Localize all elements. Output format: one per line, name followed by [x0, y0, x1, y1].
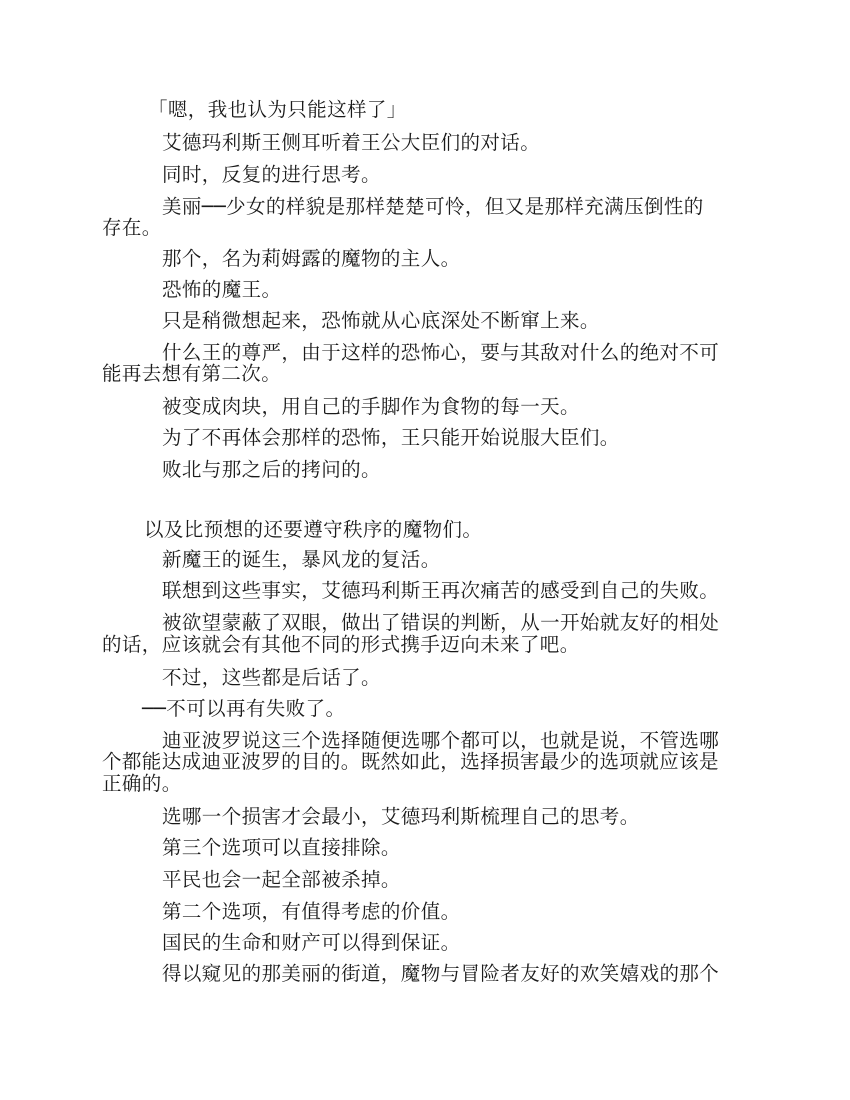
text-line: 个都能达成迪亚波罗的目的。既然如此，选择损害最少的选项就应该是	[102, 751, 719, 773]
text-line: 以及比预想的还要遵守秩序的魔物们。	[144, 519, 482, 541]
text-line: 恐怖的魔王。	[162, 279, 281, 301]
text-line: 国民的生命和财产可以得到保证。	[162, 932, 461, 954]
document-page: 「嗯，我也认为只能这样了」 艾德玛利斯王侧耳听着王公大臣们的对话。 同时，反复的…	[0, 0, 850, 1100]
text-line: 只是稍微想起来，恐怖就从心底深处不断窜上来。	[162, 310, 600, 332]
text-line: 美丽──少女的样貌是那样楚楚可怜，但又是那样充满压倒性的	[162, 196, 704, 218]
text-line: 什么王的尊严，由于这样的恐怖心，要与其敌对什么的绝对不可	[162, 342, 719, 364]
text-line: 「嗯，我也认为只能这样了」	[148, 99, 407, 121]
text-line: 为了不再体会那样的恐怖，王只能开始说服大臣们。	[162, 427, 620, 449]
text-line: 正确的。	[102, 773, 182, 795]
text-line: 不过，这些都是后话了。	[162, 667, 381, 689]
text-line: ──不可以再有失败了。	[142, 698, 345, 720]
text-line: 联想到这些事实，艾德玛利斯王再次痛苦的感受到自己的失败。	[162, 580, 719, 602]
text-line: 迪亚波罗说这三个选择随便选哪个都可以，也就是说，不管选哪	[162, 730, 719, 752]
text-line: 平民也会一起全部被杀掉。	[162, 869, 401, 891]
text-line: 被欲望蒙蔽了双眼，做出了错误的判断，从一开始就友好的相处	[162, 612, 719, 634]
text-line: 得以窥见的那美丽的街道，魔物与冒险者友好的欢笑嬉戏的那个	[162, 963, 719, 985]
text-line: 存在。	[102, 217, 162, 239]
text-line: 同时，反复的进行思考。	[162, 164, 381, 186]
text-line: 第二个选项，有值得考虑的价值。	[162, 901, 461, 923]
text-line: 败北与那之后的拷问的。	[162, 459, 381, 481]
text-line: 艾德玛利斯王侧耳听着王公大臣们的对话。	[162, 132, 540, 154]
text-line: 第三个选项可以直接排除。	[162, 837, 401, 859]
text-line: 的话，应该就会有其他不同的形式携手迈向未来了吧。	[102, 634, 580, 656]
text-line: 那个，名为莉姆露的魔物的主人。	[162, 248, 461, 270]
text-line: 被变成肉块，用自己的手脚作为食物的每一天。	[162, 396, 580, 418]
text-line: 新魔王的诞生，暴风龙的复活。	[162, 549, 441, 571]
text-line: 选哪一个损害才会最小，艾德玛利斯梳理自己的思考。	[162, 806, 640, 828]
text-line: 能再去想有第二次。	[102, 363, 281, 385]
